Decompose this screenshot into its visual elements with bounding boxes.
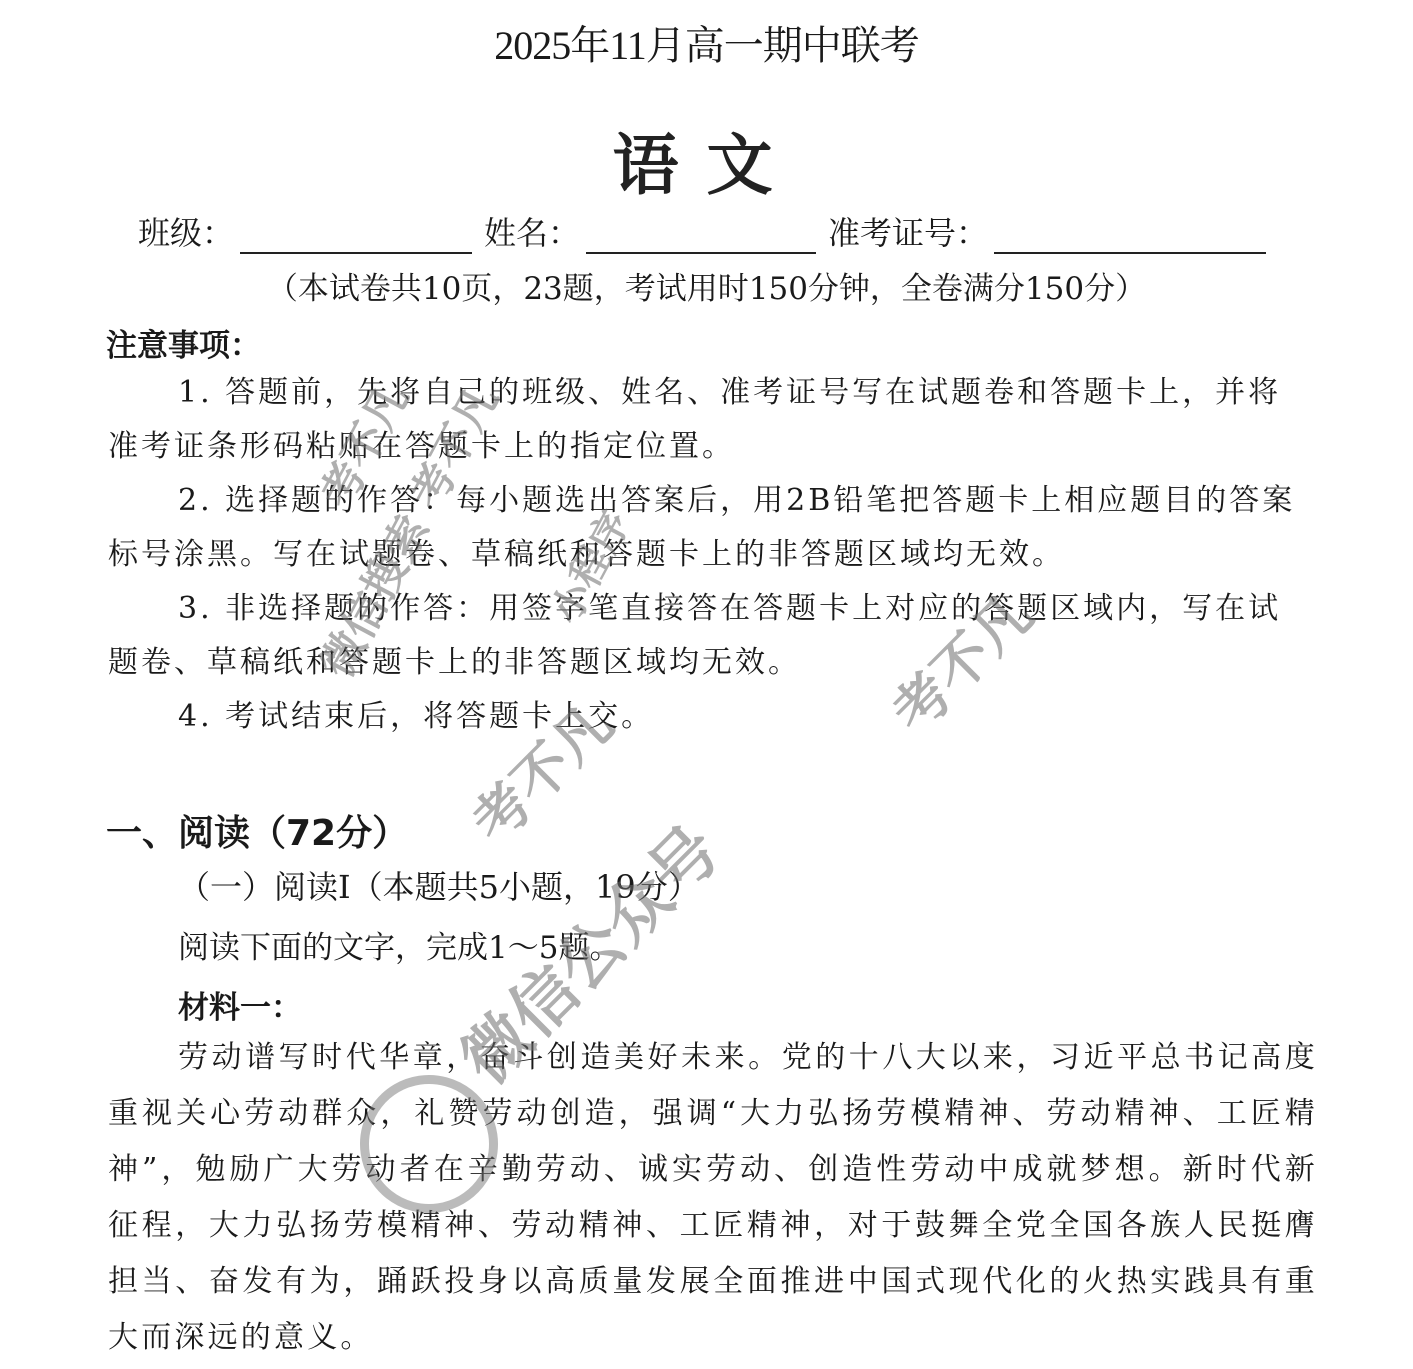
name-field[interactable] bbox=[586, 218, 816, 254]
class-field[interactable] bbox=[240, 218, 472, 254]
notice-item-1: 1. 答题前，先将自己的班级、姓名、准考证号写在试题卷和答题卡上，并将准考证条形… bbox=[108, 366, 1308, 474]
student-info-row: 班级： 姓名： 准考证号： bbox=[138, 208, 1278, 254]
class-label: 班级： bbox=[138, 208, 234, 254]
notice-heading: 注意事项： bbox=[106, 320, 261, 365]
name-label: 姓名： bbox=[484, 208, 580, 254]
notice-item-4: 4. 考试结束后，将答题卡上交。 bbox=[108, 690, 1308, 744]
exam-meta: （本试卷共10页，23题，考试用时150分钟，全卷满分150分） bbox=[0, 263, 1413, 308]
exam-title: 2025年11月高一期中联考 bbox=[0, 14, 1413, 71]
exam-id-field[interactable] bbox=[994, 218, 1266, 254]
notice-item-3: 3. 非选择题的作答：用签字笔直接答在答题卡上对应的答题区域内，写在试题卷、草稿… bbox=[108, 582, 1308, 690]
material-label: 材料一： bbox=[178, 982, 302, 1027]
exam-id-label: 准考证号： bbox=[828, 208, 988, 254]
notice-item-2: 2. 选择题的作答：每小题选出答案后，用2B铅笔把答题卡上相应题目的答案标号涂黑… bbox=[108, 474, 1308, 582]
subsection-heading: （一）阅读Ⅰ（本题共5小题，19分） bbox=[178, 862, 700, 908]
reading-instruction: 阅读下面的文字，完成1～5题。 bbox=[178, 922, 620, 967]
material-text: 劳动谱写时代华章，奋斗创造美好未来。党的十八大以来，习近平总书记高度重视关心劳动… bbox=[108, 1030, 1318, 1366]
subject-title: 语文 bbox=[0, 112, 1413, 207]
section-heading: 一、阅读（72分） bbox=[106, 805, 408, 856]
